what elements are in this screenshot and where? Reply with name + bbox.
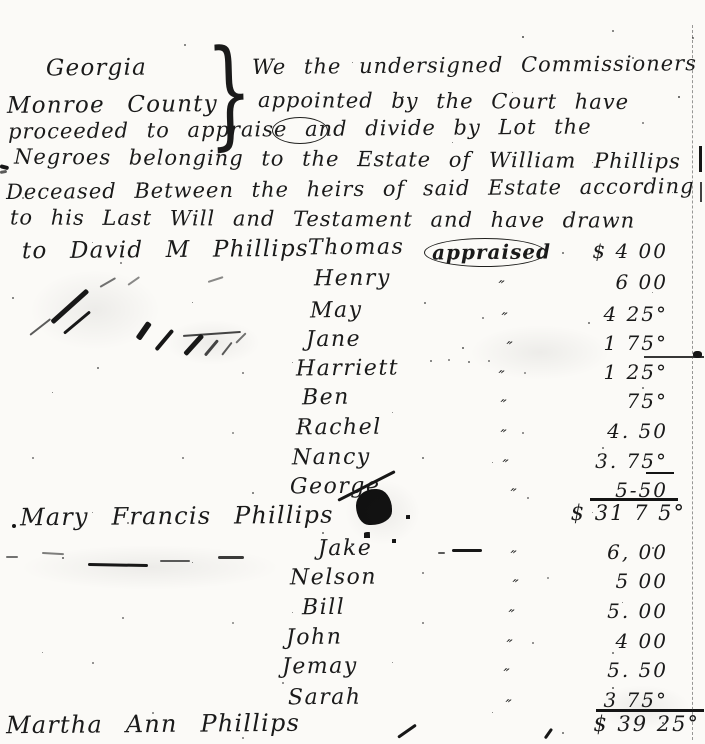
appraised-value: 4 00 — [553, 629, 668, 653]
document-scan: Georgia } Monroe County We the undersign… — [0, 0, 705, 744]
slave-name: Nelson — [290, 566, 377, 591]
header-line: to his Last Will and Testament and have … — [10, 206, 635, 232]
header-line: Negroes belonging to the Estate of Willi… — [14, 146, 681, 174]
overline-mark — [646, 472, 674, 474]
slave-name: Rachel — [296, 416, 382, 441]
dash-mark — [6, 556, 18, 558]
cutoff-writing-mark — [544, 728, 553, 740]
scan-shading — [470, 325, 610, 380]
page-edge-mark — [700, 182, 702, 202]
ditto-mark: ″ — [509, 485, 518, 505]
header-line: We the undersigned Commissioners . — [252, 52, 705, 79]
heir-name: Martha Ann Phillips — [6, 710, 300, 739]
header-line: appointed by the Court have — [258, 89, 629, 114]
appraised-value: 75° — [553, 389, 668, 413]
scan-shading — [165, 320, 260, 365]
slave-name: Nancy — [292, 446, 371, 471]
appraised-value: $ 4 00 — [553, 239, 668, 263]
page-edge-mark — [699, 146, 702, 172]
appraised-value: 4 25° — [553, 302, 668, 326]
slave-name: Harriett — [296, 357, 399, 382]
appraised-value: 5 00 — [553, 569, 668, 593]
page-edge-line — [692, 25, 693, 740]
appraised-value: 5. 00 — [553, 599, 668, 623]
cutoff-writing-mark — [397, 724, 417, 739]
appraised-value: 3. 75° — [553, 449, 668, 473]
slave-name: John — [286, 626, 343, 651]
ink-dot — [693, 351, 702, 358]
ditto-mark: ″ — [501, 456, 510, 476]
slave-name: Henry — [314, 267, 391, 292]
scan-speckles — [0, 0, 1, 1]
dash-mark — [452, 549, 482, 552]
ditto-mark: ″ — [509, 547, 518, 567]
slave-name: Jemay — [282, 655, 358, 680]
slave-name: Ben — [302, 386, 350, 411]
slave-name: Bill — [302, 596, 345, 621]
ink-dot — [12, 524, 16, 528]
margin-mark — [0, 170, 7, 174]
ditto-mark: ″ — [505, 636, 514, 656]
ditto-mark: ″ — [497, 277, 506, 297]
appraised-value: 5. 50 — [553, 658, 668, 682]
slave-name: Jane — [306, 328, 361, 353]
scan-shading — [30, 270, 160, 350]
ditto-mark: ″ — [511, 576, 520, 596]
smudge-mark — [208, 276, 224, 283]
circle-mark — [424, 238, 546, 267]
appraised-value: 6, 00 — [553, 540, 668, 564]
appraised-value: 6 00 — [553, 270, 668, 294]
slave-name: Thomas — [308, 236, 405, 261]
ditto-mark: ″ — [499, 396, 508, 416]
circle-mark — [272, 117, 328, 144]
scan-shading — [20, 545, 280, 590]
allotment-total: $ 31 7 5° — [568, 501, 686, 525]
slave-name: Sarah — [288, 686, 362, 711]
header-county-label: Monroe County — [7, 92, 218, 119]
ditto-mark: ″ — [504, 696, 513, 716]
ditto-mark: ″ — [507, 606, 516, 626]
heir-name: to David M Phillips — [22, 237, 309, 265]
slave-name: May — [310, 299, 363, 324]
scan-shading — [595, 685, 690, 730]
heir-name: Mary Francis Phillips — [20, 502, 334, 531]
ditto-mark: ″ — [499, 426, 508, 446]
ditto-mark: ″ — [502, 665, 511, 685]
scan-shading — [345, 480, 420, 545]
appraised-value: 4. 50 — [553, 419, 668, 443]
header-state-label: Georgia — [46, 56, 147, 82]
header-line: Deceased Between the heirs of said Estat… — [6, 175, 695, 204]
dash-mark — [438, 552, 445, 554]
